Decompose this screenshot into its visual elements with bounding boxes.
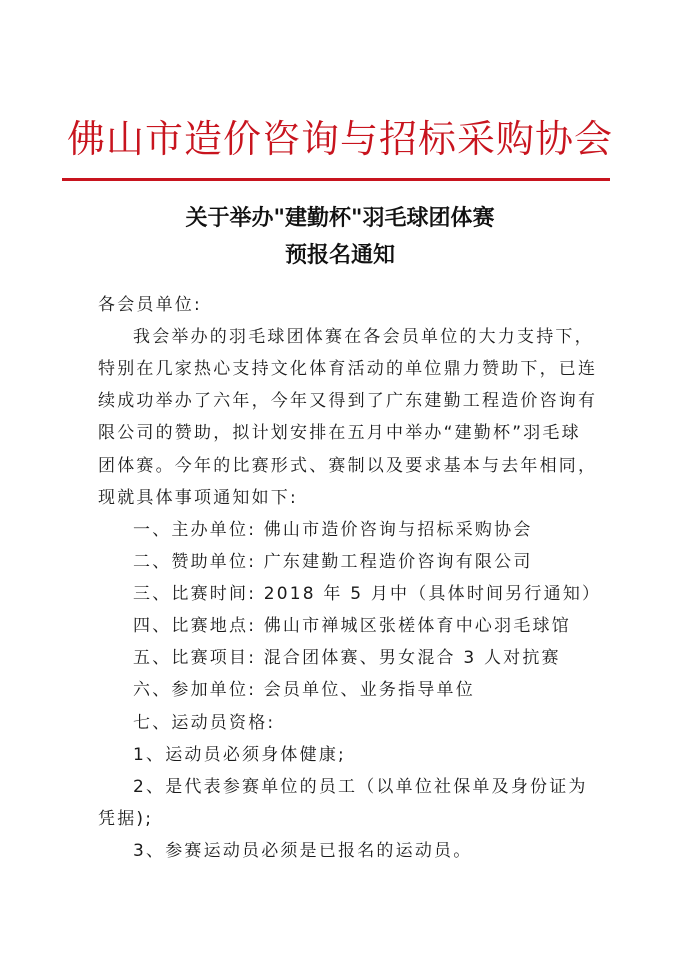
qualification-line: 3、参赛运动员必须是已报名的运动员。 bbox=[133, 836, 472, 861]
qualification-line: 凭据); bbox=[98, 804, 153, 829]
item-participants: 六、参加单位: 会员单位、业务指导单位 bbox=[133, 675, 475, 700]
item-sponsor: 二、赞助单位: 广东建勤工程造价咨询有限公司 bbox=[133, 547, 533, 572]
intro-line: 现就具体事项通知如下: bbox=[98, 483, 298, 508]
qualification-line: 2、是代表参赛单位的员工（以单位社保单及身份证为 bbox=[133, 772, 588, 797]
qualification-line: 1、运动员必须身体健康; bbox=[133, 740, 346, 765]
item-qualification: 七、运动员资格: bbox=[133, 708, 275, 733]
organization-header: 佛山市造价咨询与招标采购协会 bbox=[0, 108, 680, 163]
document-title-line2: 预报名通知 bbox=[0, 238, 680, 269]
intro-line: 限公司的赞助，拟计划安排在五月中举办“建勤杯”羽毛球 bbox=[98, 418, 581, 443]
red-divider bbox=[62, 178, 610, 181]
item-time: 三、比赛时间: 2018 年 5 月中（具体时间另行通知） bbox=[133, 579, 601, 604]
intro-line: 特别在几家热心支持文化体育活动的单位鼎力赞助下，已连 bbox=[98, 354, 597, 379]
item-events: 五、比赛项目: 混合团体赛、男女混合 3 人对抗赛 bbox=[133, 643, 561, 668]
intro-line: 团体赛。今年的比赛形式、赛制以及要求基本与去年相同， bbox=[98, 451, 597, 476]
item-venue: 四、比赛地点: 佛山市禅城区张槎体育中心羽毛球馆 bbox=[133, 611, 571, 636]
intro-line: 续成功举办了六年，今年又得到了广东建勤工程造价咨询有 bbox=[98, 386, 597, 411]
document-title-line1: 关于举办"建勤杯"羽毛球团体赛 bbox=[0, 201, 680, 232]
item-organizer: 一、主办单位: 佛山市造价咨询与招标采购协会 bbox=[133, 515, 533, 540]
intro-line: 我会举办的羽毛球团体赛在各会员单位的大力支持下， bbox=[133, 322, 594, 347]
salutation: 各会员单位: bbox=[98, 290, 202, 315]
